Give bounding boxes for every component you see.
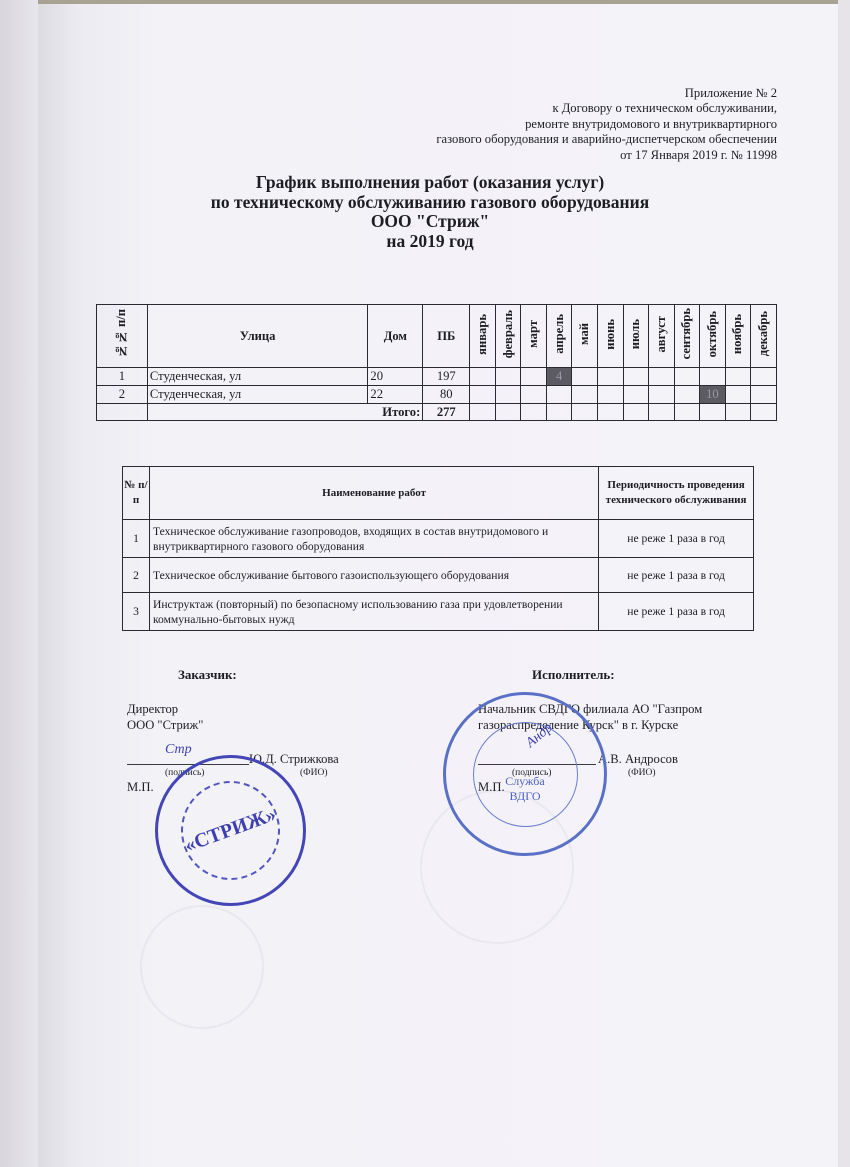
month-cell xyxy=(470,368,496,386)
fio-caption: (ФИО) xyxy=(628,766,656,781)
contractor-stamp: Служба ВДГО xyxy=(443,692,607,856)
document-title: График выполнения работ (оказания услуг)… xyxy=(150,173,710,251)
month-cell xyxy=(751,368,777,386)
customer-stamp: «СТРИЖ» xyxy=(155,755,306,906)
contractor-name: А.В. Андросов xyxy=(598,752,678,767)
row-street: Студенческая, ул xyxy=(147,368,368,386)
schedule-table: №№ п/п Улица Дом ПБ январьфевральмартапр… xyxy=(96,304,777,421)
title-line: График выполнения работ (оказания услуг) xyxy=(150,173,710,193)
header-month: август xyxy=(649,305,675,368)
month-cell xyxy=(674,404,700,421)
stamp-text: ВДГО xyxy=(509,789,540,804)
month-cell xyxy=(546,404,572,421)
total-row: Итого:277 xyxy=(97,404,777,421)
title-line: по техническому обслуживанию газового об… xyxy=(150,193,710,213)
month-cell xyxy=(725,368,751,386)
work-name: Техническое обслуживание газопроводов, в… xyxy=(149,520,598,558)
header-periodicity: Периодичность проведения технического об… xyxy=(599,467,754,520)
month-cell xyxy=(495,368,521,386)
month-cell xyxy=(470,404,496,421)
table-row: 2Студенческая, ул228010 xyxy=(97,386,777,404)
work-num: 1 xyxy=(123,520,150,558)
appendix-line: к Договору о техническом обслуживании, xyxy=(436,101,777,116)
header-month: март xyxy=(521,305,547,368)
month-cell: 4 xyxy=(546,368,572,386)
month-cell xyxy=(674,368,700,386)
work-num: 2 xyxy=(123,558,150,593)
table-row: 3Инструктаж (повторный) по безопасному и… xyxy=(123,593,754,631)
month-cell xyxy=(649,404,675,421)
table-row: 1Студенческая, ул201974 xyxy=(97,368,777,386)
customer-position: Директор xyxy=(127,702,178,717)
header-month: апрель xyxy=(546,305,572,368)
header-month: декабрь xyxy=(751,305,777,368)
appendix-line: от 17 Января 2019 г. № 11998 xyxy=(436,148,777,163)
customer-seal-label: М.П. xyxy=(127,780,154,795)
month-cell xyxy=(597,386,623,404)
customer-heading: Заказчик: xyxy=(178,667,237,683)
row-house: 22 xyxy=(368,386,423,404)
month-cell xyxy=(649,386,675,404)
title-line: на 2019 год xyxy=(150,232,710,252)
month-cell xyxy=(470,386,496,404)
stamp-center-text: «СТРИЖ» xyxy=(167,767,294,894)
work-period: не реже 1 раза в год xyxy=(599,558,754,593)
work-num: 3 xyxy=(123,593,150,631)
month-cell xyxy=(751,386,777,404)
total-label: Итого: xyxy=(147,404,422,421)
total-value: 277 xyxy=(423,404,470,421)
customer-org: ООО "Стриж" xyxy=(127,718,203,733)
bleed-through-stamp xyxy=(140,905,264,1029)
header-num: № п/п xyxy=(123,467,150,520)
header-month: февраль xyxy=(495,305,521,368)
month-cell xyxy=(725,404,751,421)
row-house: 20 xyxy=(368,368,423,386)
month-cell xyxy=(700,404,726,421)
header-month: июнь xyxy=(597,305,623,368)
header-month: июль xyxy=(623,305,649,368)
appendix-reference: Приложение № 2 к Договору о техническом … xyxy=(436,86,777,163)
table-row: 2Техническое обслуживание бытового газои… xyxy=(123,558,754,593)
month-cell xyxy=(572,368,598,386)
month-cell xyxy=(521,386,547,404)
month-cell xyxy=(597,368,623,386)
month-cell xyxy=(546,386,572,404)
row-num: 1 xyxy=(97,368,148,386)
month-cell xyxy=(597,404,623,421)
fio-caption: (ФИО) xyxy=(300,766,328,781)
work-name: Инструктаж (повторный) по безопасному ис… xyxy=(149,593,598,631)
header-house: Дом xyxy=(368,305,423,368)
row-pb: 197 xyxy=(423,368,470,386)
month-cell xyxy=(674,386,700,404)
customer-signature: Стр xyxy=(165,742,192,758)
month-cell xyxy=(572,386,598,404)
work-period: не реже 1 раза в год xyxy=(599,520,754,558)
schedule-header-row: №№ п/п Улица Дом ПБ январьфевральмартапр… xyxy=(97,305,777,368)
scan-left-edge xyxy=(0,0,38,1167)
work-period: не реже 1 раза в год xyxy=(599,593,754,631)
month-cell xyxy=(623,386,649,404)
works-header-row: № п/п Наименование работ Периодичность п… xyxy=(123,467,754,520)
appendix-line: газового оборудования и аварийно-диспетч… xyxy=(436,132,777,147)
table-row: 1Техническое обслуживание газопроводов, … xyxy=(123,520,754,558)
empty-cell xyxy=(97,404,148,421)
works-table: № п/п Наименование работ Периодичность п… xyxy=(122,466,754,631)
header-num: №№ п/п xyxy=(97,305,148,368)
month-cell xyxy=(495,404,521,421)
header-street: Улица xyxy=(147,305,368,368)
month-cell xyxy=(751,404,777,421)
month-cell xyxy=(623,404,649,421)
stamp-text: Служба xyxy=(505,774,544,789)
header-month: сентябрь xyxy=(674,305,700,368)
row-pb: 80 xyxy=(423,386,470,404)
month-cell: 10 xyxy=(700,386,726,404)
row-street: Студенческая, ул xyxy=(147,386,368,404)
row-num: 2 xyxy=(97,386,148,404)
header-month: май xyxy=(572,305,598,368)
scan-right-edge xyxy=(838,0,850,1167)
header-work-name: Наименование работ xyxy=(149,467,598,520)
header-pb: ПБ xyxy=(423,305,470,368)
month-cell xyxy=(725,386,751,404)
work-name: Техническое обслуживание бытового газоис… xyxy=(149,558,598,593)
contractor-heading: Исполнитель: xyxy=(532,667,615,683)
appendix-line: ремонте внутридомового и внутриквартирно… xyxy=(436,117,777,132)
month-cell xyxy=(700,368,726,386)
appendix-line: Приложение № 2 xyxy=(436,86,777,101)
month-cell xyxy=(649,368,675,386)
header-month: январь xyxy=(470,305,496,368)
month-cell xyxy=(623,368,649,386)
month-cell xyxy=(521,404,547,421)
month-cell xyxy=(495,386,521,404)
header-month: ноябрь xyxy=(725,305,751,368)
month-cell xyxy=(572,404,598,421)
title-line: ООО "Стриж" xyxy=(150,212,710,232)
month-cell xyxy=(521,368,547,386)
header-month: октябрь xyxy=(700,305,726,368)
